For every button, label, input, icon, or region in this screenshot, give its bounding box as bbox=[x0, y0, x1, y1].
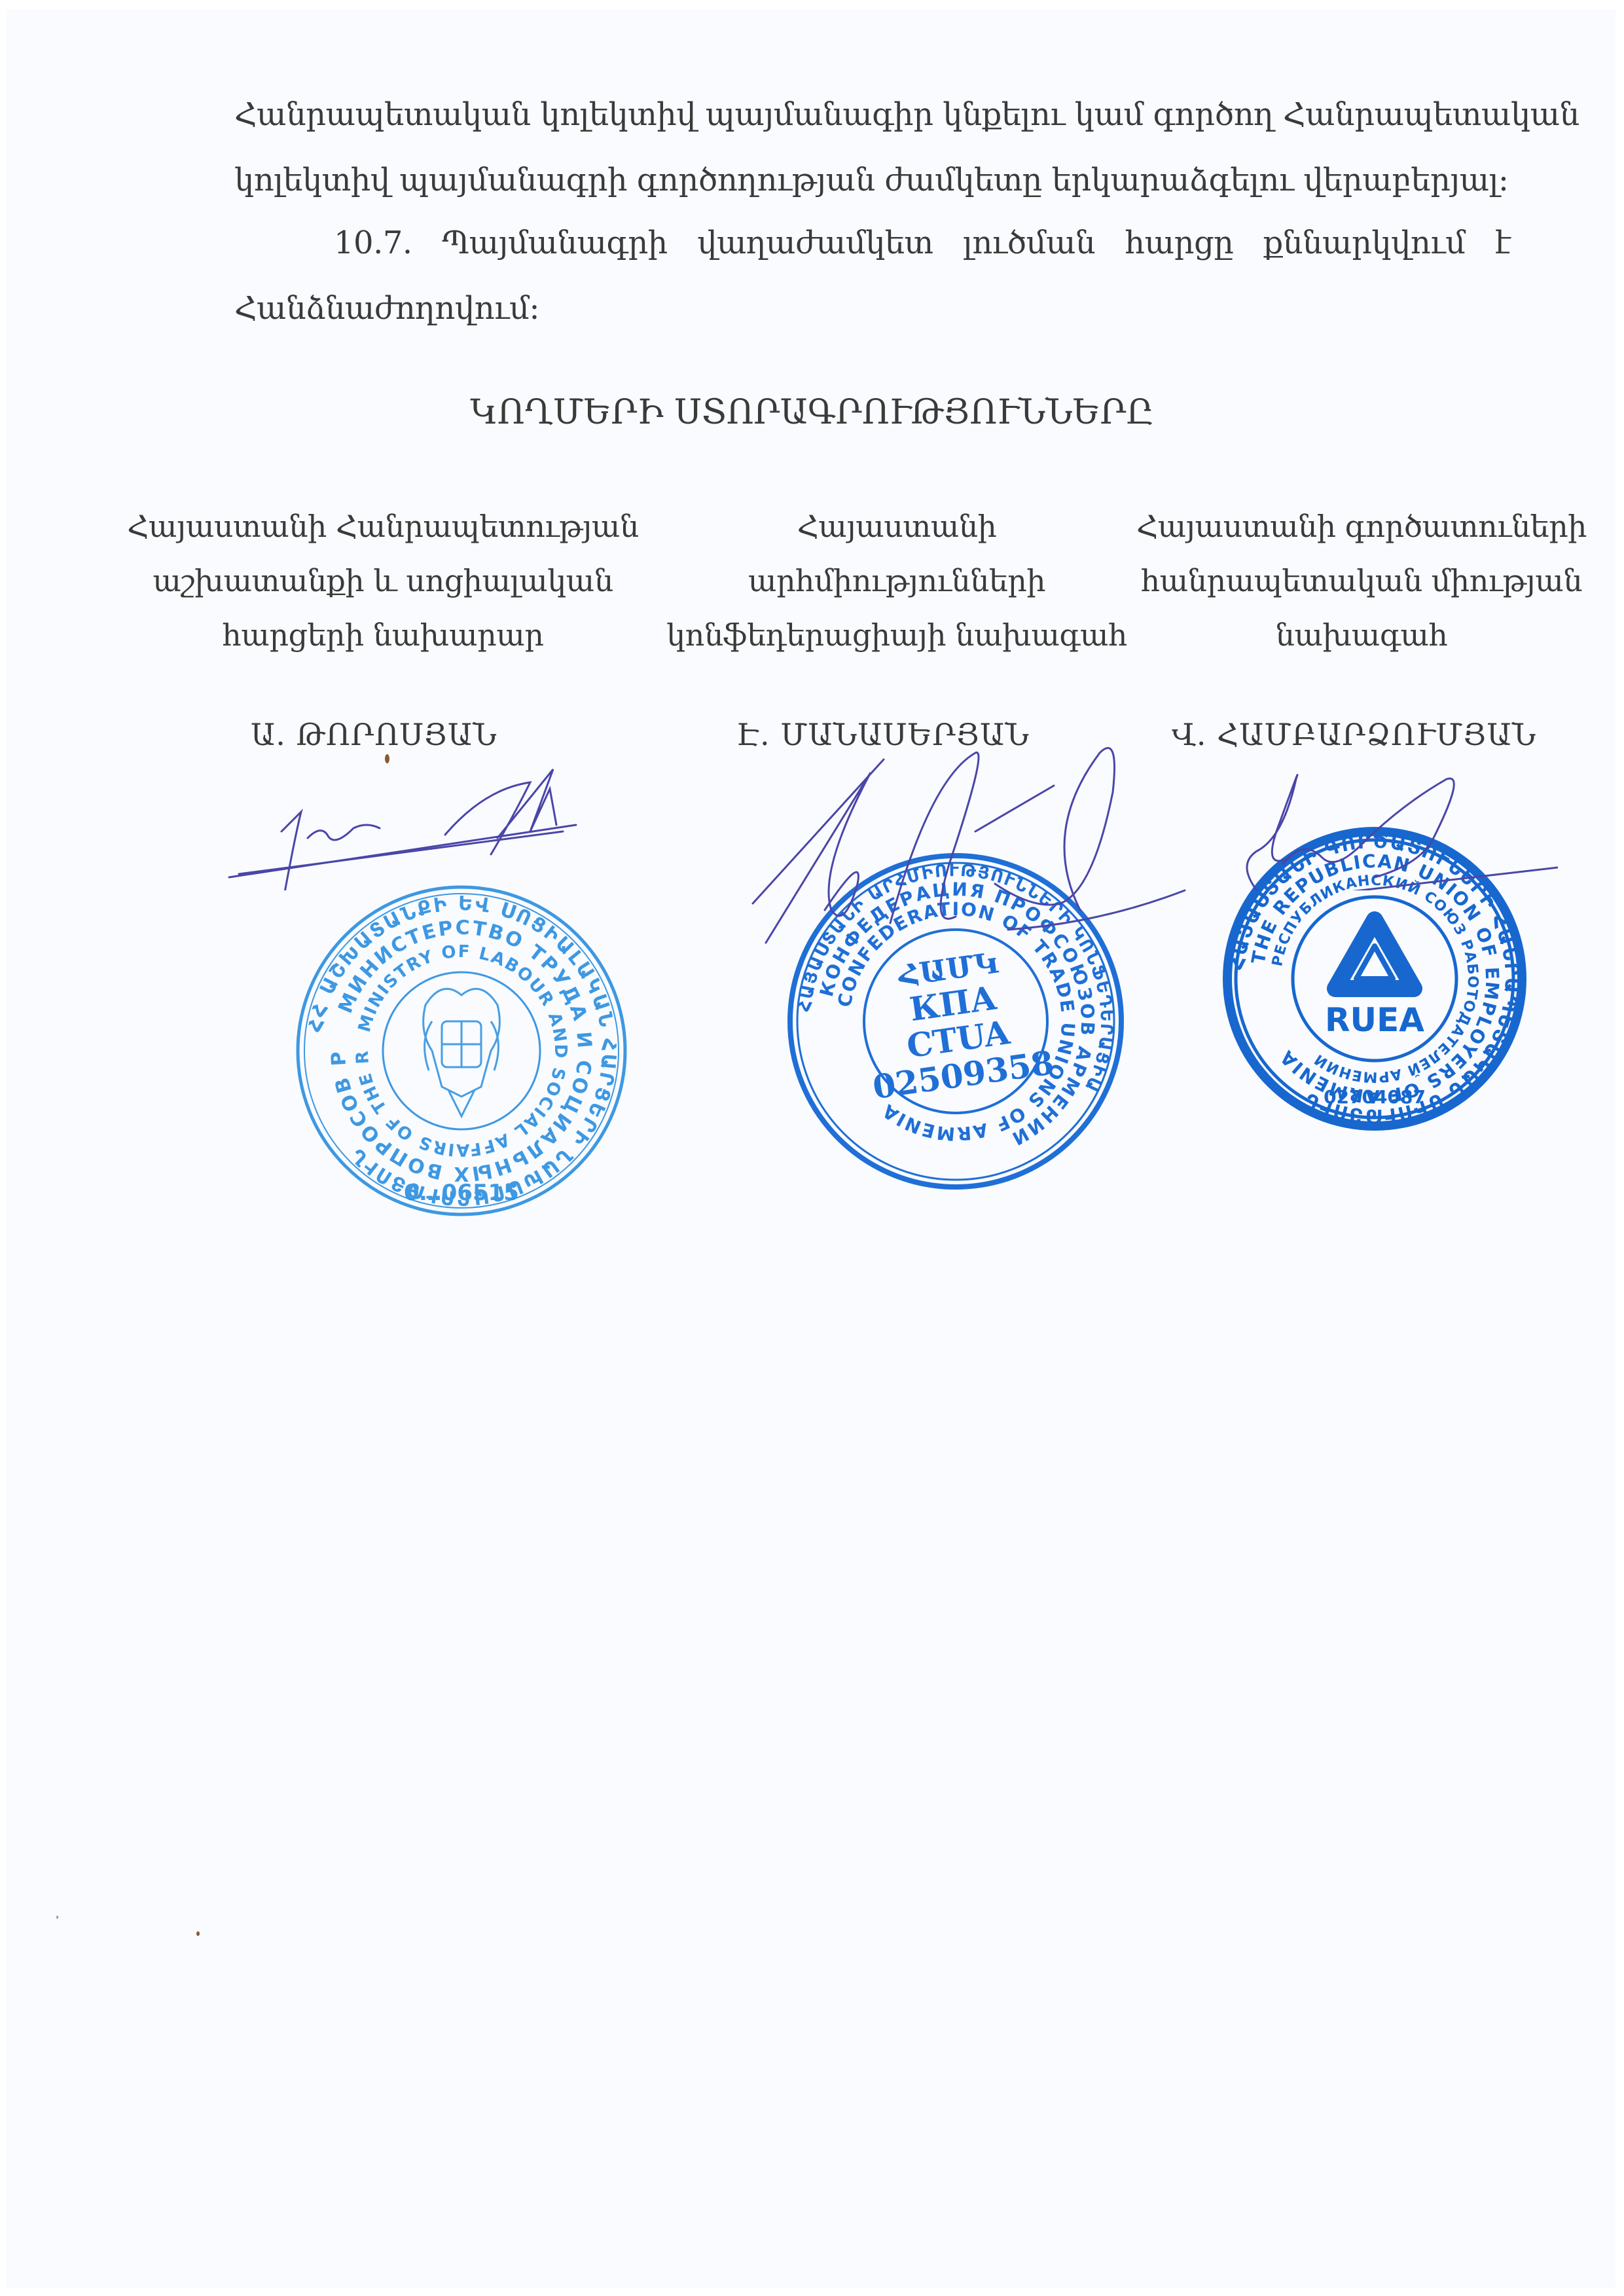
party-trade-unions-title: Հայաստանի արհմիությունների կոնֆեդերացիայ… bbox=[655, 500, 1139, 663]
scan-speck bbox=[196, 1931, 200, 1936]
clause-10-7: 10.7. Պայմանագրի վաղաժամկետ լուծման հարց… bbox=[334, 225, 1511, 261]
party-title-line: հարցերի նախարար bbox=[111, 608, 655, 663]
employers-union-seal-stamp: ՀԱՅԱՍՏԱՆԻ ԳՈՐԾԱՏՈՒՆԵՐԻ ՀԱՆՐԱՊԵՏԱԿԱՆ ՄԻՈՒ… bbox=[1218, 822, 1532, 1136]
scan-speck bbox=[56, 1916, 58, 1919]
party-title-line: նախագահ bbox=[1126, 608, 1597, 663]
party-title-line: հանրապետական միության bbox=[1126, 554, 1597, 608]
party-title-line: Հայաստանի Հանրապետության bbox=[111, 500, 655, 554]
stamp-number: 0…06515 bbox=[404, 1180, 519, 1206]
party-title-line: Հայաստանի bbox=[655, 500, 1139, 554]
party-title-line: աշխատանքի և սոցիալական bbox=[111, 554, 655, 608]
party-title-line: Հայաստանի գործատուների bbox=[1126, 500, 1597, 554]
trade-unions-seal-stamp: ՀԱՅԱՍՏԱՆԻ ԱՐՀՄԻՈՒԹՅՈՒՆՆԵՐԻ ԿՈՆՖԵԴԵՐԱՑԻԱ … bbox=[785, 851, 1126, 1192]
stamp-center-abbr: RUEA bbox=[1325, 1001, 1424, 1039]
party-ministry-title: Հայաստանի Հանրապետության աշխատանքի և սոց… bbox=[111, 500, 655, 663]
party-employers-title: Հայաստանի գործատուների հանրապետական միու… bbox=[1126, 500, 1597, 663]
stamp-number: 02704087 bbox=[1324, 1086, 1426, 1108]
body-text-line: կոլեկտիվ պայմանագրի գործողության ժամկետը… bbox=[234, 162, 1511, 198]
signer-name-manaseryan: Է. ՄԱՆԱՍԵՐՅԱՆ bbox=[736, 717, 1030, 752]
body-text-line: Հանրապետական կոլեկտիվ պայմանագիր կնքելու… bbox=[234, 96, 1511, 133]
signer-name-hambardzumyan: Վ. ՀԱՄԲԱՐՁՈՒՄՅԱՆ bbox=[1172, 717, 1536, 752]
signer-name-torosyan: Ա. ԹՈՐՈՍՅԱՆ bbox=[251, 717, 497, 752]
party-title-line: արհմիությունների bbox=[655, 554, 1139, 608]
signatures-heading: ԿՈՂՄԵՐԻ ՍՏՈՐԱԳՐՈՒԹՅՈՒՆՆԵՐԸ bbox=[0, 393, 1624, 432]
body-text-line: Հանձնաժողովում: bbox=[234, 290, 1511, 327]
coat-of-arms-icon bbox=[424, 989, 500, 1116]
scan-speck bbox=[385, 754, 389, 763]
party-title-line: կոնֆեդերացիայի նախագահ bbox=[655, 608, 1139, 663]
ministry-seal-stamp: ՀՀ ԱՇԽԱՏԱՆՔԻ ԵՎ ՍՈՑԻԱԼԱԿԱՆ ՀԱՐՑԵՐԻ ՆԱԽԱՐ… bbox=[291, 881, 632, 1221]
